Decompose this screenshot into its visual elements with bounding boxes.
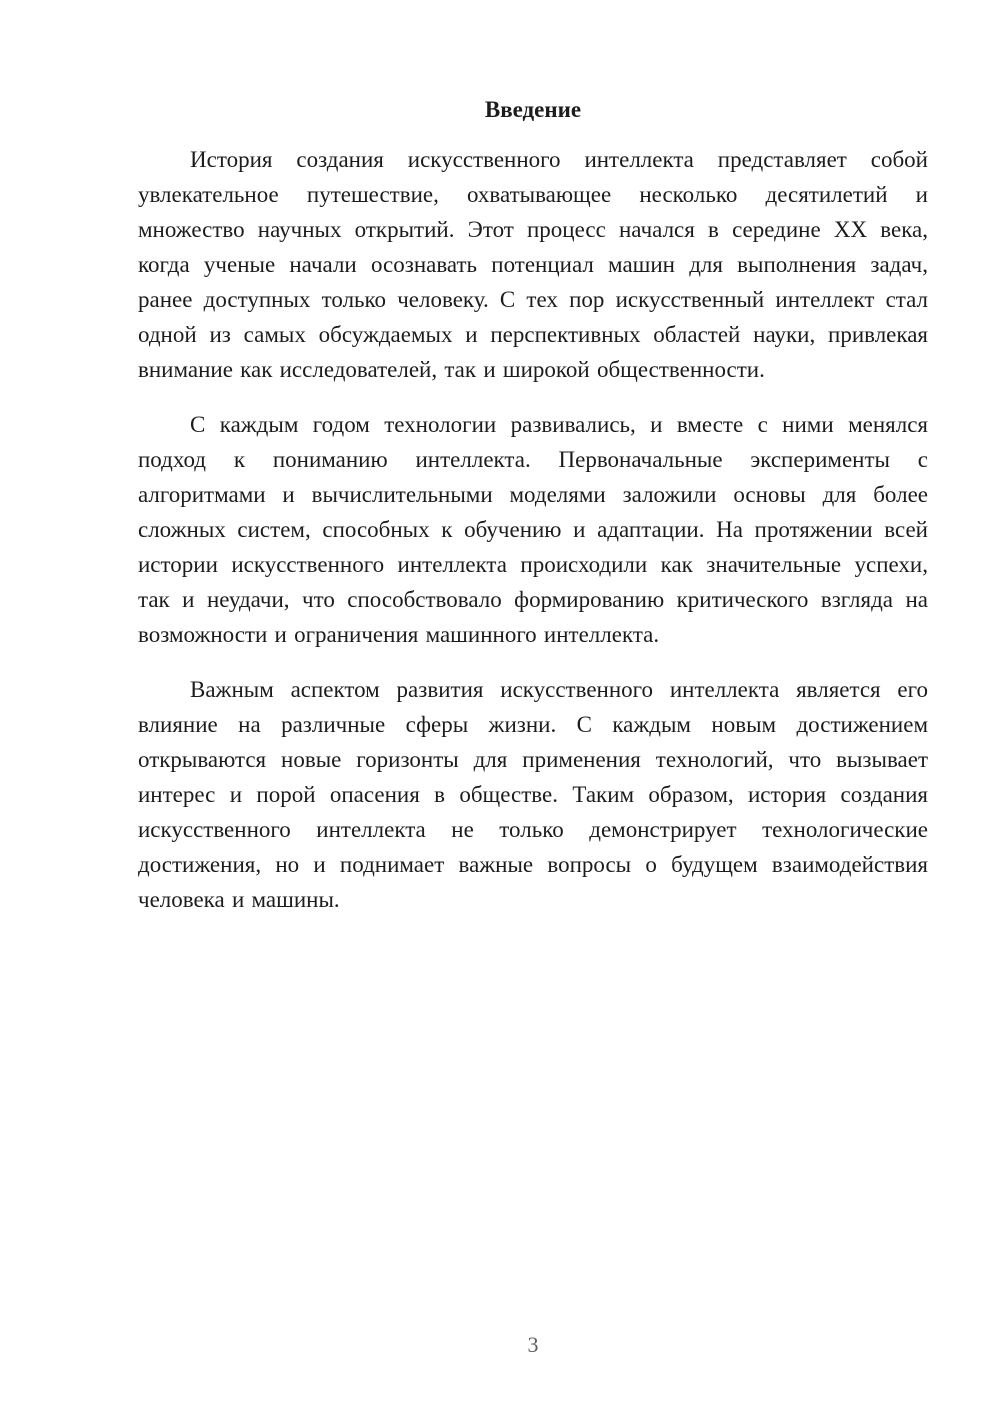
paragraph-intro-history: История создания искусственного интеллек… bbox=[138, 142, 928, 387]
paragraph-impact-on-society: Важным аспектом развития искусственного … bbox=[138, 672, 928, 917]
document-page: Введение История создания искусственного… bbox=[0, 0, 1000, 1414]
section-heading: Введение bbox=[138, 92, 928, 127]
paragraph-technology-evolution: С каждым годом технологии развивались, и… bbox=[138, 407, 928, 652]
page-number: 3 bbox=[138, 1330, 928, 1360]
